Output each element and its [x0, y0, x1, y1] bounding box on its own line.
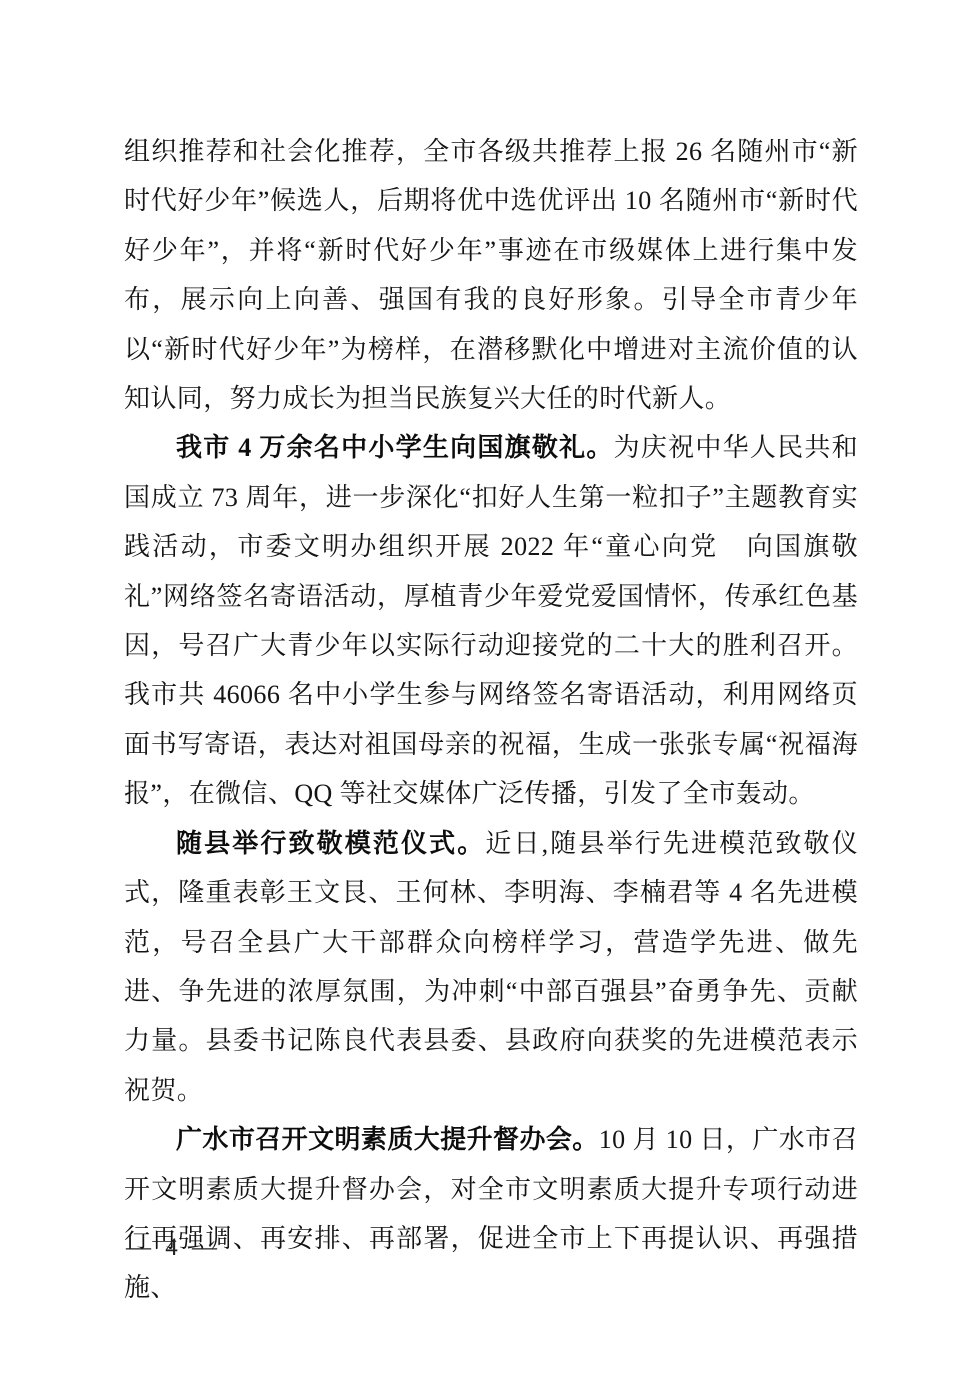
paragraph: 组织推荐和社会化推荐，全市各级共推荐上报 26 名随州市“新时代好少年”候选人，…	[124, 127, 858, 423]
paragraph-lead: 随县举行致敬模范仪式。	[176, 829, 485, 858]
paragraph-lead: 广水市召开文明素质大提升督办会。	[176, 1125, 599, 1154]
document-body: 组织推荐和社会化推荐，全市各级共推荐上报 26 名随州市“新时代好少年”候选人，…	[124, 127, 858, 1313]
paragraph: 广水市召开文明素质大提升督办会。10 月 10 日，广水市召开文明素质大提升督办…	[124, 1115, 858, 1313]
paragraph-body: 近日,随县举行先进模范致敬仪式，隆重表彰王文艮、王何林、李明海、李楠君等 4 名…	[124, 829, 858, 1105]
paragraph-body: 为庆祝中华人民共和国成立 73 周年，进一步深化“扣好人生第一粒扣子”主题教育实…	[124, 433, 858, 808]
paragraph-lead: 我市 4 万余名中小学生向国旗敬礼。	[176, 433, 614, 462]
page-number: — 4 —	[126, 1233, 221, 1263]
paragraph: 随县举行致敬模范仪式。近日,随县举行先进模范致敬仪式，隆重表彰王文艮、王何林、李…	[124, 819, 858, 1115]
document-page: 组织推荐和社会化推荐，全市各级共推荐上报 26 名随州市“新时代好少年”候选人，…	[0, 0, 980, 1387]
paragraph: 我市 4 万余名中小学生向国旗敬礼。为庆祝中华人民共和国成立 73 周年，进一步…	[124, 423, 858, 818]
paragraph-body: 组织推荐和社会化推荐，全市各级共推荐上报 26 名随州市“新时代好少年”候选人，…	[124, 137, 858, 413]
